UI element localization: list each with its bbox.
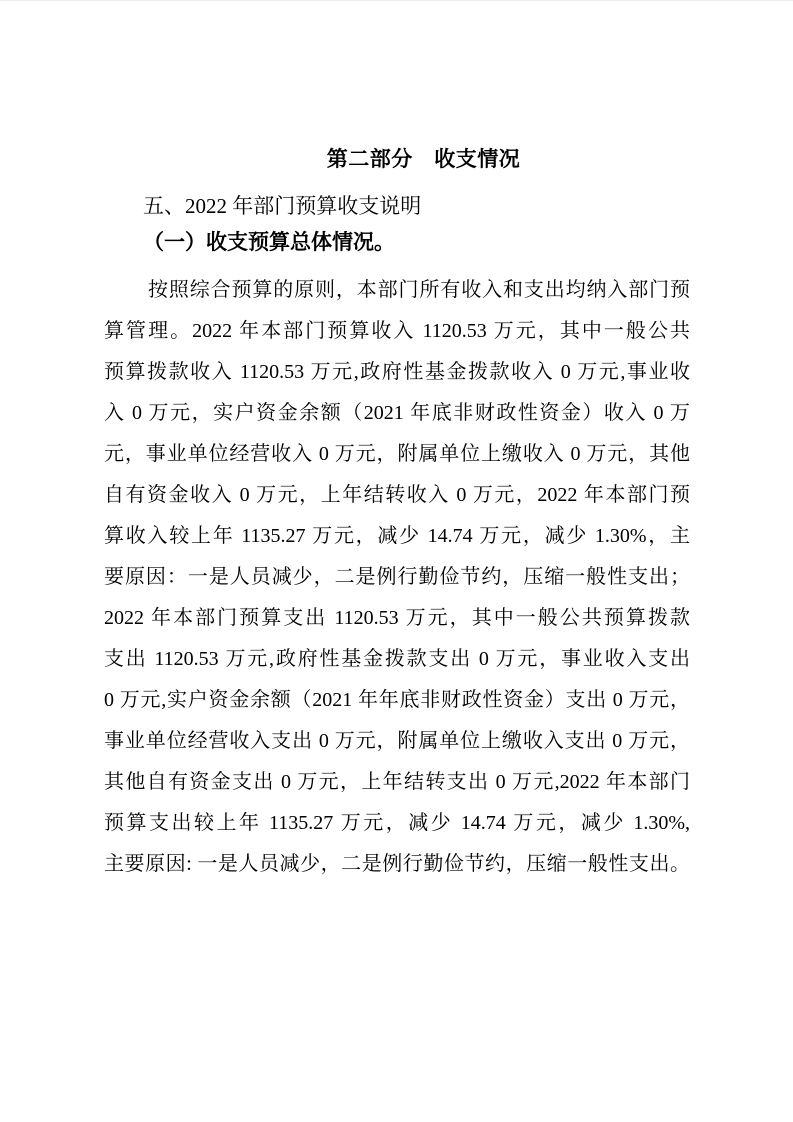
paragraph-line: 要原因：一是人员减少，二是例行勤俭节约，压缩一般性支出； (104, 557, 690, 598)
section-heading: 五、2022 年部门预算收支说明 (104, 191, 690, 221)
paragraph-line: 元，事业单位经营收入 0 万元，附属单位上缴收入 0 万元，其他 (104, 434, 690, 475)
paragraph-line: 算收入较上年 1135.27 万元，减少 14.74 万元，减少 1.30%，主 (104, 516, 690, 557)
paragraph-line: 算管理。2022 年本部门预算收入 1120.53 万元，其中一般公共 (104, 311, 690, 352)
body-paragraph: 按照综合预算的原则，本部门所有收入和支出均纳入部门预算管理。2022 年本部门预… (104, 270, 690, 885)
page-content: 第二部分 收支情况 五、2022 年部门预算收支说明 （一）收支预算总体情况。 … (104, 145, 690, 885)
paragraph-line: 预算拨款收入 1120.53 万元,政府性基金拨款收入 0 万元,事业收 (104, 352, 690, 393)
section-title: 第二部分 收支情况 (104, 145, 690, 175)
paragraph-line: 0 万元,实户资金余额（2021 年年底非财政性资金）支出 0 万元， (104, 680, 690, 721)
paragraph-line: 其他自有资金支出 0 万元，上年结转支出 0 万元,2022 年本部门 (104, 762, 690, 803)
paragraph-line: 按照综合预算的原则，本部门所有收入和支出均纳入部门预 (104, 270, 690, 311)
paragraph-line: 入 0 万元，实户资金余额（2021 年底非财政性资金）收入 0 万 (104, 393, 690, 434)
document-page: 第二部分 收支情况 五、2022 年部门预算收支说明 （一）收支预算总体情况。 … (0, 0, 793, 1122)
paragraph-line: 2022 年本部门预算支出 1120.53 万元，其中一般公共预算拨款 (104, 598, 690, 639)
paragraph-line: 事业单位经营收入支出 0 万元，附属单位上缴收入支出 0 万元， (104, 721, 690, 762)
paragraph-line: 自有资金收入 0 万元，上年结转收入 0 万元，2022 年本部门预 (104, 475, 690, 516)
paragraph-line: 预算支出较上年 1135.27 万元，减少 14.74 万元，减少 1.30%, (104, 803, 690, 844)
paragraph-line: 主要原因: 一是人员减少，二是例行勤俭节约，压缩一般性支出。 (104, 844, 690, 885)
subsection-heading: （一）收支预算总体情况。 (104, 228, 690, 258)
paragraph-line: 支出 1120.53 万元,政府性基金拨款支出 0 万元，事业收入支出 (104, 639, 690, 680)
